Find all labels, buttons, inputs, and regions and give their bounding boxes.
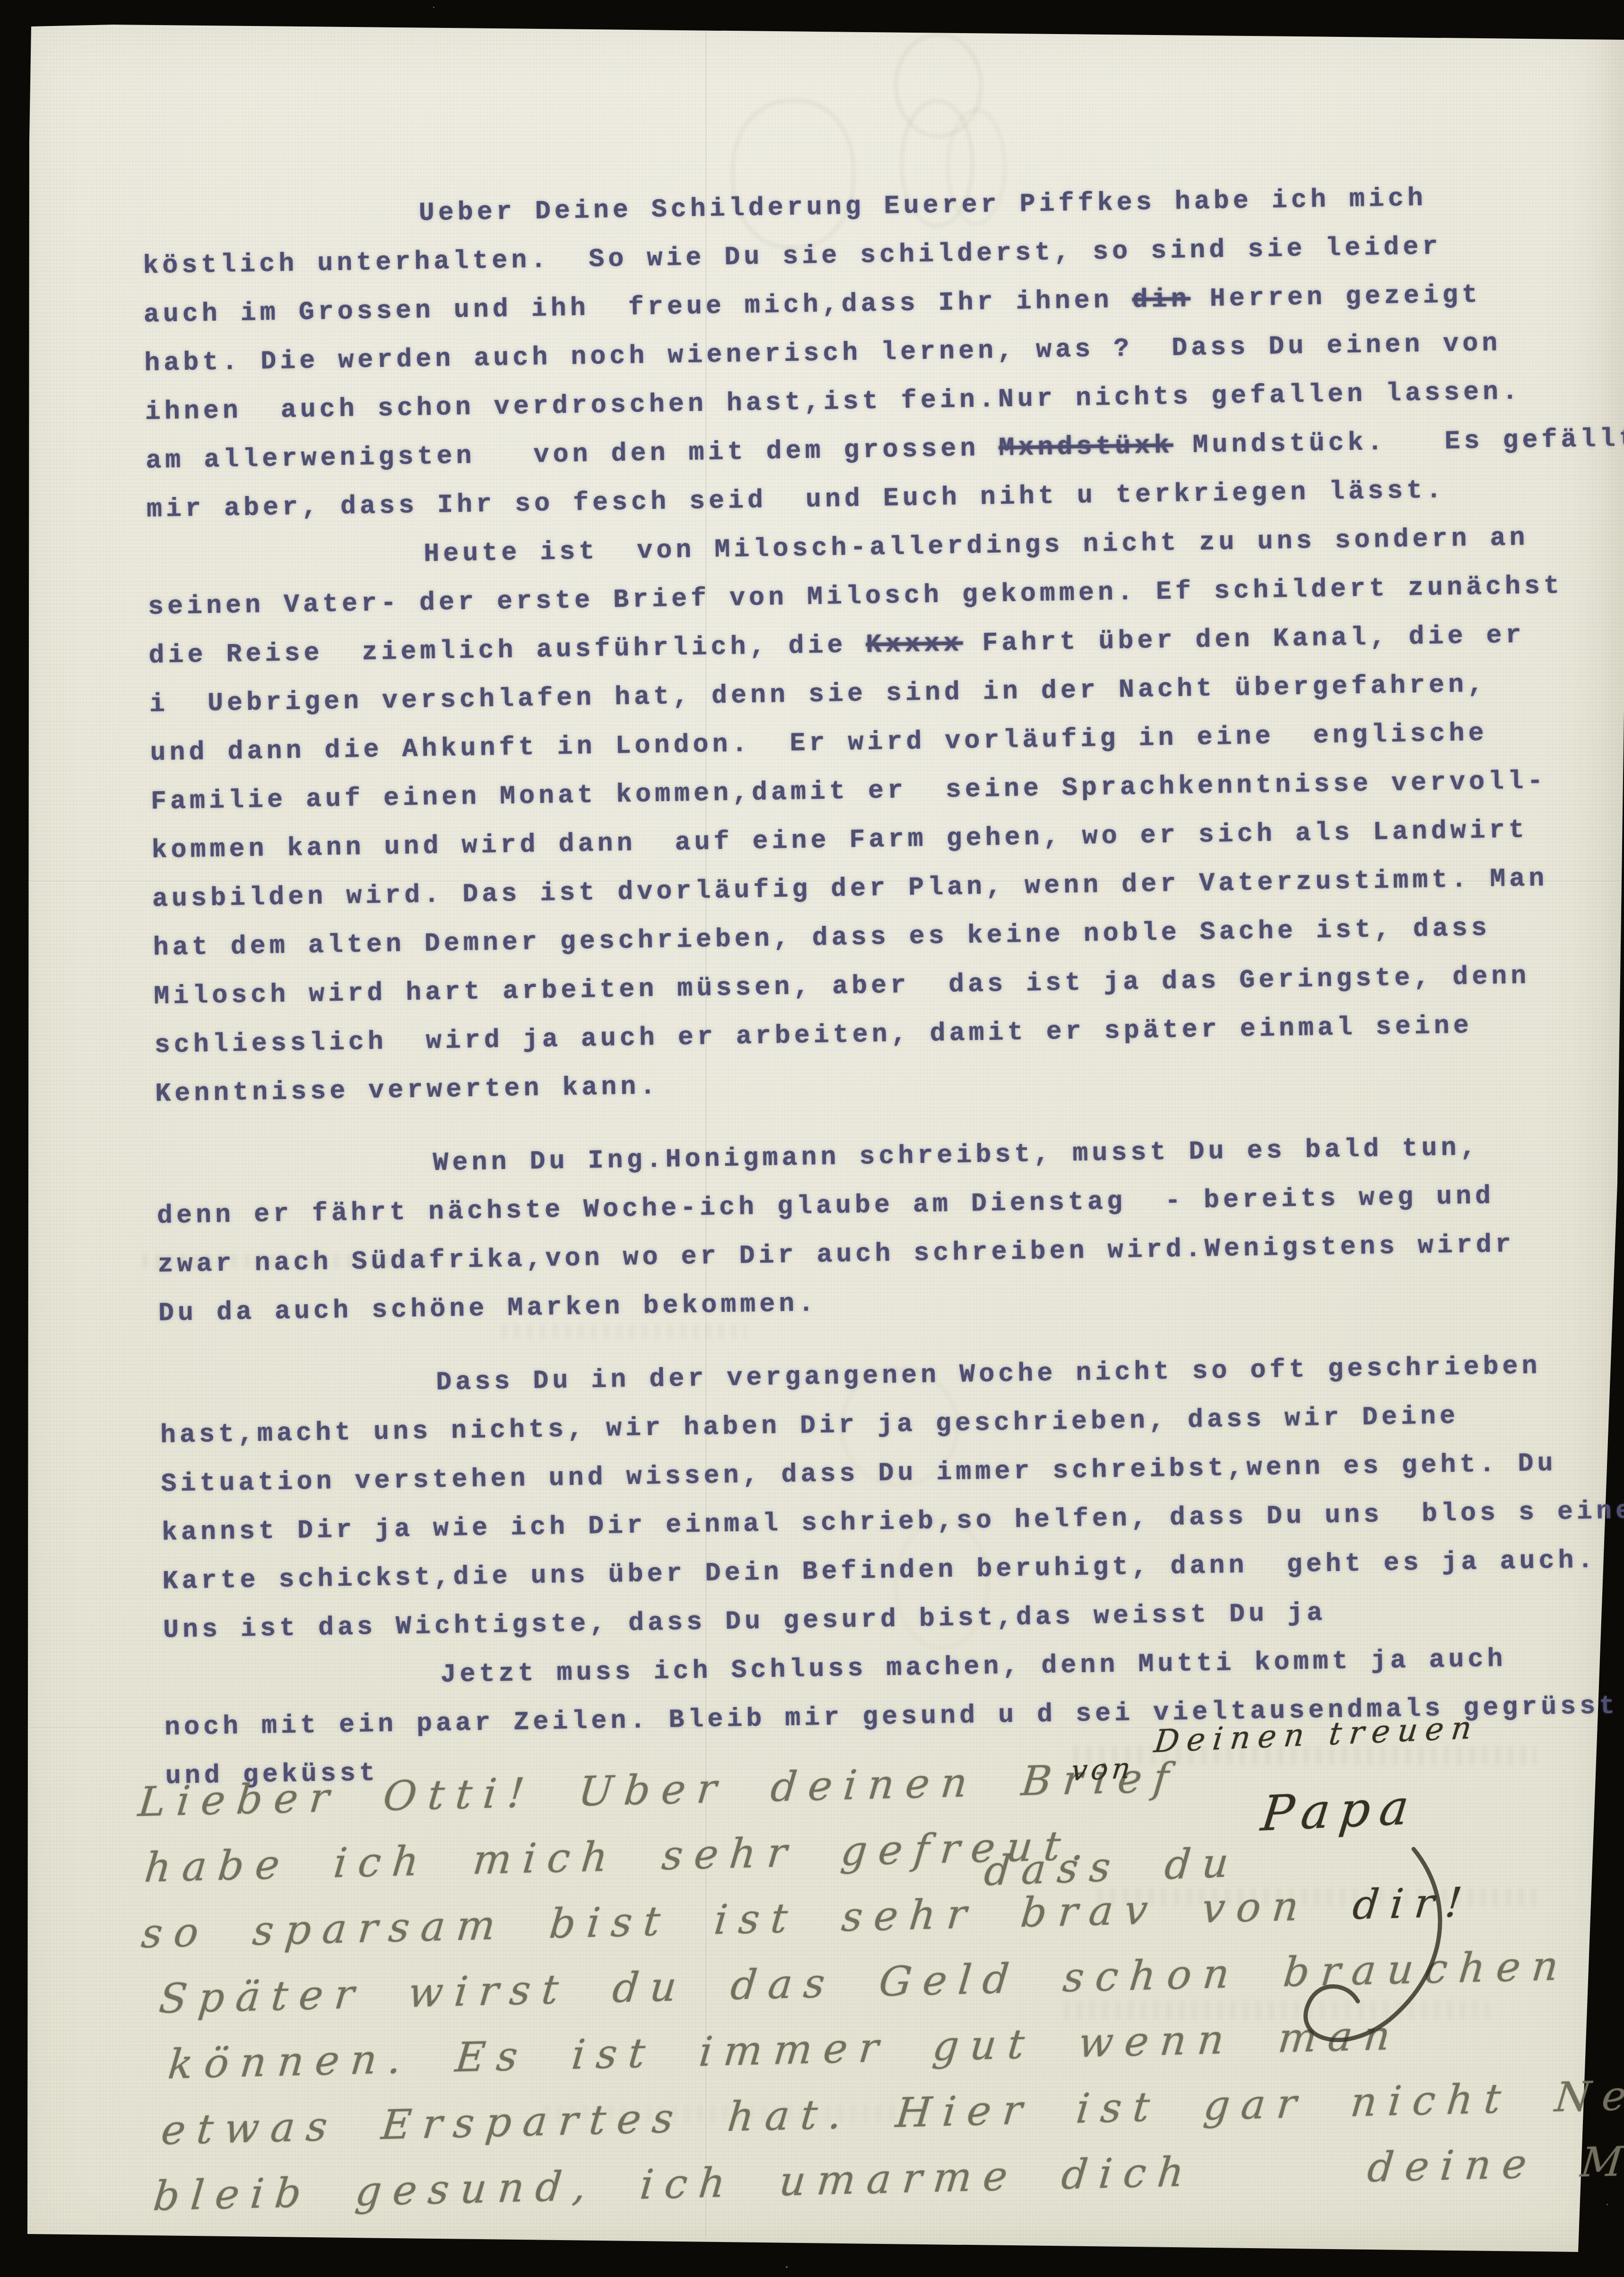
struck-out-word: Kxxxx: [866, 628, 963, 660]
scan-background: { "document": { "kind": "typewritten let…: [0, 0, 1624, 2277]
paragraph: Heute ist von Milosch-allerdings nicht z…: [147, 512, 1624, 1118]
closing-von: von: [1069, 1752, 1136, 1788]
dark-ink-word: dir!: [1351, 1879, 1476, 1929]
paragraph: Dass Du in der vergangenen Woche nicht s…: [159, 1340, 1624, 1655]
paragraph: Wenn Du Ing.Honigmann schreibst, musst D…: [156, 1121, 1624, 1338]
papa-signature: Papa: [1259, 1779, 1421, 1842]
paragraph: Ueber Deine Schilderung Euerer Piffkes h…: [142, 171, 1624, 534]
dust-speck: [49, 1401, 51, 1403]
dust-speck: [786, 2266, 788, 2268]
dust-speck: [433, 7, 434, 8]
struck-out-word: Mxndstüxk: [999, 431, 1173, 463]
dust-speck: [251, 42, 252, 44]
handwritten-insert: dass du: [982, 1839, 1242, 1895]
dust-speck: [1607, 2204, 1608, 2205]
watermark-shape: [894, 32, 983, 139]
struck-out-word: din: [1132, 284, 1190, 315]
typed-text: Ueber Deine Schilderung Euerer Piffkes h…: [142, 171, 1624, 1800]
